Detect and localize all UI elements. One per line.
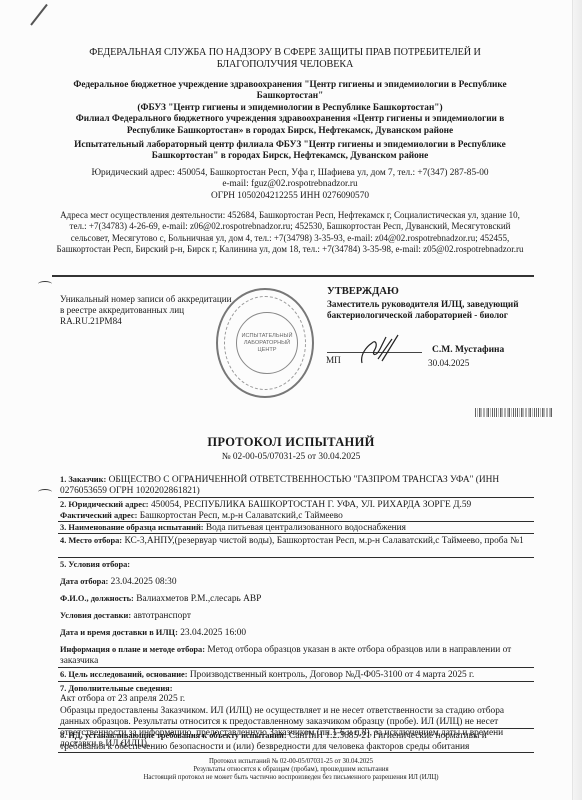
section-label: 4. Место отбора: [60, 536, 122, 545]
institution-name: Федеральное бюджетное учреждение здравоо… [60, 80, 520, 103]
activity-addresses: Адреса мест осуществления деятельности: … [55, 210, 525, 255]
approval-title: УТВЕРЖДАЮ [327, 286, 399, 297]
field-value: 23.04.2025 08:30 [111, 577, 177, 587]
section-sampling-place: 4. Место отбора: КС-3,АНПУ,(резервуар чи… [60, 535, 534, 547]
field-label: Ф.И.О., должность: [60, 594, 134, 603]
approval-role-line1: Заместитель руководителя ИЛЦ, заведующий [327, 299, 519, 310]
field-value: 23.04.2025 16:00 [180, 628, 246, 638]
institution-short-name: (ФБУЗ "Центр гигиены и эпидемиологии в Р… [60, 103, 520, 114]
accreditation-block: Уникальный номер записи об аккредитации … [60, 294, 232, 328]
protocol-number: № 02-00-05/07031-25 от 30.04.2025 [0, 452, 582, 463]
seal-place-label: МП [326, 355, 341, 366]
legal-address: Юридический адрес: 450054, Башкортостан … [60, 168, 520, 179]
org-email: e-mail: fguz@02.rospotrebnadzor.ru [60, 179, 520, 190]
lab-center-name: Испытательный лабораторный центр филиала… [60, 140, 520, 163]
approval-role-line2: бактериологической лабораторией - биолог [327, 310, 519, 321]
signature-mark [358, 333, 408, 369]
section-label: 6. Цель исследований, основание: [60, 670, 188, 679]
accreditation-line2: в реестре аккредитованных лиц [60, 305, 232, 316]
section-value: КС-3,АНПУ,(резервуар чистой воды), Башко… [124, 536, 523, 546]
protocol-title: ПРОТОКОЛ ИСПЫТАНИЙ [0, 437, 582, 448]
field-label: Дата и время доставки в ИЛЦ: [60, 628, 178, 637]
delivery-conditions: Условия доставки: автотранспорт [60, 610, 534, 622]
barcode [475, 408, 552, 417]
sampling-method: Информация о плане и методе отбора: Мето… [60, 644, 534, 668]
accreditation-number: RA.RU.21PM84 [60, 316, 232, 327]
section-divider [58, 752, 534, 753]
section-sampling-conditions: 5. Условия отбора: [60, 559, 534, 570]
punch-hole-mark [38, 281, 52, 287]
scan-edge-shadow [572, 0, 582, 800]
agency-name: ФЕДЕРАЛЬНАЯ СЛУЖБА ПО НАДЗОРУ В СФЕРЕ ЗА… [50, 47, 520, 71]
footer-results-note: Результаты относятся к образцам (пробам)… [0, 766, 582, 774]
section-value: Производственный контроль, Договор №Д-Ф0… [190, 670, 474, 680]
section-label: Фактический адрес: [60, 511, 137, 520]
field-value: Валиахметов Р.М.,слесарь АВР [136, 594, 261, 604]
section-label: 5. Условия отбора: [60, 559, 534, 570]
punch-hole-mark [38, 489, 52, 495]
sampling-date: Дата отбора: 23.04.2025 08:30 [60, 576, 534, 588]
section-purpose: 6. Цель исследований, основание: Произво… [60, 669, 534, 681]
section-value: Вода питьевая централизованного водоснаб… [206, 523, 406, 533]
approval-date: 30.04.2025 [428, 358, 469, 369]
footer: Протокол испытаний № 02-00-05/07031-25 о… [0, 758, 582, 783]
sampling-act: Акт отбора от 23 апреля 2025 г. [60, 694, 534, 705]
section-label: 7. Дополнительные сведения: [60, 683, 534, 694]
field-label: Информация о плане и методе отбора: [60, 645, 205, 654]
section-label: 8. НД, устанавливающие требования к объе… [60, 731, 287, 740]
approval-role: Заместитель руководителя ИЛЦ, заведующий… [327, 299, 519, 321]
contact-block: Юридический адрес: 450054, Башкортостан … [60, 168, 520, 202]
header-divider [52, 275, 534, 277]
scan-pen-mark [30, 4, 48, 26]
delivery-datetime: Дата и время доставки в ИЛЦ: 23.04.2025 … [60, 627, 534, 639]
section-normative-docs: 8. НД, устанавливающие требования к объе… [60, 730, 534, 754]
field-label: Условия доставки: [60, 611, 131, 620]
section-value: ОБЩЕСТВО С ОГРАНИЧЕННОЙ ОТВЕТСТВЕННОСТЬЮ… [60, 475, 499, 496]
signer-name: С.М. Мустафина [432, 345, 504, 356]
section-value: 450054, РЕСПУБЛИКА БАШКОРТОСТАН Г. УФА, … [151, 500, 471, 510]
section-customer: 1. Заказчик: ОБЩЕСТВО С ОГРАНИЧЕННОЙ ОТВ… [60, 474, 534, 498]
sampling-person: Ф.И.О., должность: Валиахметов Р.М.,слес… [60, 593, 534, 605]
footer-protocol-ref: Протокол испытаний № 02-00-05/07031-25 о… [0, 758, 582, 766]
stamp-center-text: ИСПЫТАТЕЛЬНЫЙ ЛАБОРАТОРНЫЙ ЦЕНТР [236, 312, 298, 374]
ogrn-inn: ОГРН 1050204212255 ИНН 0276090570 [60, 191, 520, 202]
accreditation-line1: Уникальный номер записи об аккредитации [60, 294, 232, 305]
section-value: Башкортостан Респ, м.р-н Салаватский,с Т… [140, 511, 343, 521]
lab-stamp: ИСПЫТАТЕЛЬНЫЙ ЛАБОРАТОРНЫЙ ЦЕНТР [216, 288, 314, 398]
field-value: автотранспорт [133, 611, 191, 621]
field-label: Дата отбора: [60, 577, 108, 586]
institution-block: Федеральное бюджетное учреждение здравоо… [60, 80, 520, 137]
section-label: 1. Заказчик: [60, 475, 106, 484]
section-label: 3. Наименование образца испытаний: [60, 523, 204, 532]
branch-name: Филиал Федерального бюджетного учреждени… [60, 114, 520, 137]
section-label: 2. Юридический адрес: [60, 500, 149, 509]
footer-reproduction-note: Настоящий протокол не может быть частичн… [0, 774, 582, 782]
document-page: ФЕДЕРАЛЬНАЯ СЛУЖБА ПО НАДЗОРУ В СФЕРЕ ЗА… [0, 0, 582, 800]
